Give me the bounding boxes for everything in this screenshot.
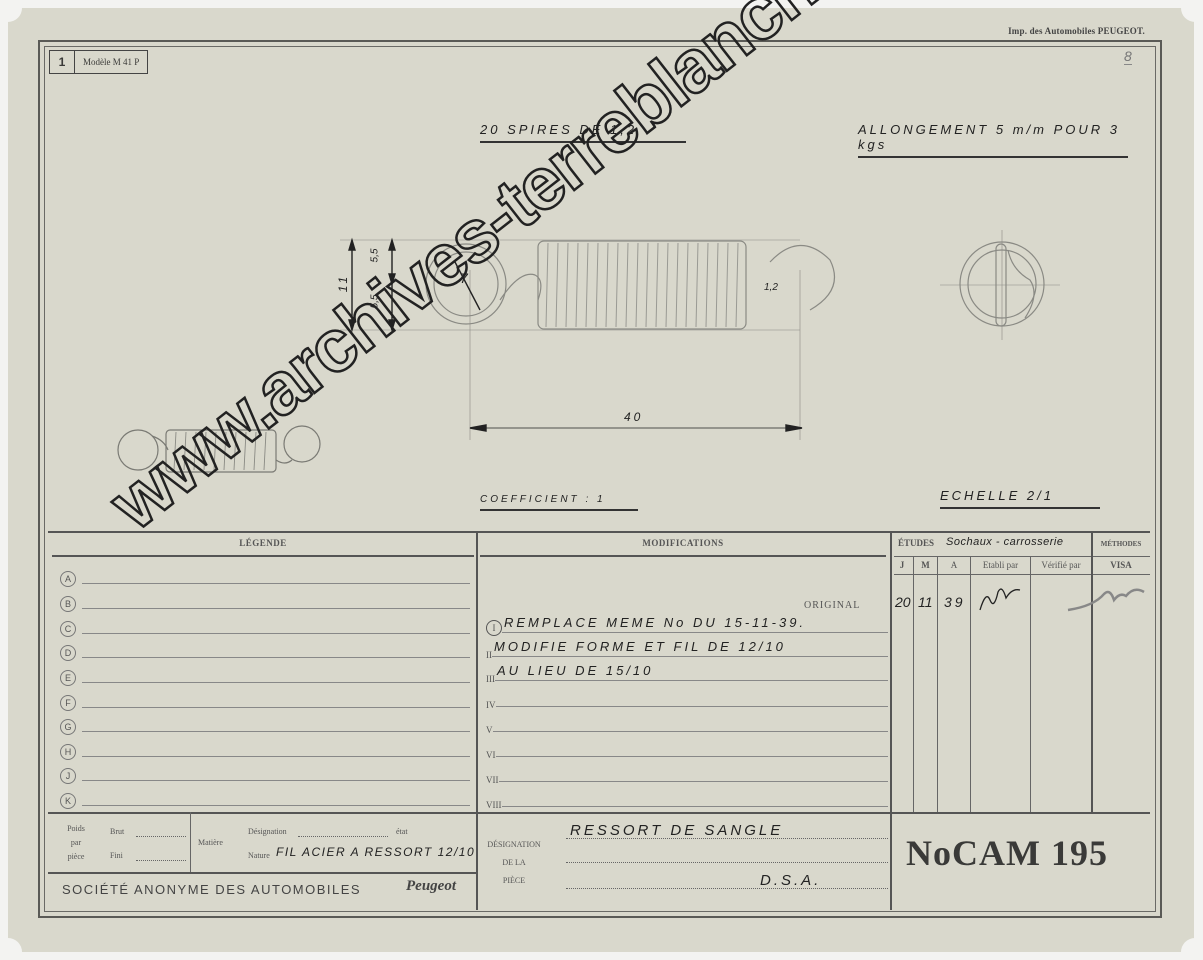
peugeot-logo: Peugeot (406, 878, 456, 895)
modification-text: REMPLACE MEME No DU 15-11-39. (504, 615, 806, 630)
col-verifie: Vérifié par (1031, 560, 1091, 570)
modification-number: VIII (486, 800, 502, 810)
legend-marker: D (60, 645, 76, 661)
modification-number: III (486, 674, 495, 684)
etabli-signature-icon (972, 580, 1032, 616)
legend-row: D (60, 641, 470, 661)
legend-row: J (60, 764, 470, 784)
col-year: A (938, 560, 970, 570)
visa-signature-icon (1064, 580, 1154, 616)
legend-marker: A (60, 571, 76, 587)
designation-line (298, 836, 388, 837)
part-code: D.S.A. (760, 872, 821, 889)
modifications-title: MODIFICATIONS (480, 538, 886, 548)
modification-row: V (486, 713, 888, 735)
legend-marker: F (60, 695, 76, 711)
etat-label: état (396, 827, 408, 836)
legend-row: G (60, 715, 470, 735)
dimension-length: 40 (624, 410, 643, 424)
original-label: ORIGINAL (804, 600, 860, 611)
legend-row: H (60, 740, 470, 760)
coefficient-note: COEFFICIENT : 1 (480, 494, 638, 511)
col-month: M (914, 560, 937, 570)
modification-row: VIII (486, 788, 888, 810)
part-number: NoCAM 195 (906, 832, 1108, 874)
designation-line (566, 862, 888, 863)
legend-row: B (60, 592, 470, 612)
modification-text: MODIFIE FORME ET FIL DE 12/10 (494, 639, 786, 654)
modification-number: VI (486, 750, 496, 760)
legend-marker: G (60, 719, 76, 735)
legend-marker: C (60, 621, 76, 637)
col-divider (190, 812, 191, 872)
designation-label: DÉSIGNATIONDE LAPIÈCE (484, 836, 544, 890)
modification-row: IIMODIFIE FORME ET FIL DE 12/10 (486, 638, 888, 660)
legend-row: C (60, 617, 470, 637)
mod-header-border (480, 555, 886, 557)
date-year: 39 (944, 594, 966, 610)
legend-marker: H (60, 744, 76, 760)
table-top-border (48, 531, 1150, 533)
designation-line (566, 888, 888, 889)
col-divider (890, 531, 892, 910)
legend-marker: E (60, 670, 76, 686)
modification-number: V (486, 725, 493, 735)
modification-row: VII (486, 763, 888, 785)
fini-label: Fini (110, 851, 123, 860)
part-designation: RESSORT DE SANGLE (570, 822, 783, 839)
company-name: SOCIÉTÉ ANONYME DES AUTOMOBILES (62, 882, 361, 897)
fini-line (136, 860, 186, 861)
scale-note: ECHELLE 2/1 (940, 488, 1100, 509)
nature-value: FIL ACIER A RESSORT 12/10 (276, 845, 475, 859)
date-month: 11 (918, 594, 933, 610)
legend-marker: J (60, 768, 76, 784)
modification-row: VI (486, 738, 888, 760)
modification-number: VII (486, 775, 499, 785)
legend-row: A (60, 567, 470, 587)
poids-label: Poidsparpièce (62, 822, 90, 864)
col-day: J (891, 560, 913, 570)
date-day: 20 (895, 594, 911, 610)
lower-section-border (48, 812, 1150, 814)
legend-marker: B (60, 596, 76, 612)
modification-row: IIIAU LIEU DE 15/10 (486, 662, 888, 684)
col-visa: VISA (1092, 560, 1150, 570)
legend-marker: K (60, 793, 76, 809)
col-etabli: Etabli par (971, 560, 1030, 570)
brut-label: Brut (110, 827, 124, 836)
footer-border (48, 872, 476, 874)
methodes-title: MÉTHODES (1092, 540, 1150, 548)
col-divider (1091, 531, 1093, 812)
legend-row: E (60, 666, 470, 686)
dimension-wire: 1,2 (764, 282, 778, 293)
matiere-label: Matière (198, 838, 223, 847)
designation-field-label: Désignation (248, 827, 287, 836)
col-divider (913, 556, 914, 812)
nature-label: Nature (248, 851, 270, 860)
legend-title: LÉGENDE (52, 538, 474, 548)
etudes-department: Sochaux - carrosserie (946, 536, 1064, 548)
etudes-subheader-border (894, 574, 1150, 575)
legend-row: K (60, 789, 470, 809)
legend-header-border (52, 555, 474, 557)
modification-number: IV (486, 700, 496, 710)
etudes-title: ÉTUDES (898, 538, 934, 548)
modification-row: IREMPLACE MEME No DU 15-11-39. (486, 614, 888, 636)
modification-text: AU LIEU DE 15/10 (497, 663, 653, 678)
col-divider (476, 531, 478, 910)
modification-row: IV (486, 688, 888, 710)
col-divider (937, 556, 938, 812)
modification-number: II (486, 650, 492, 660)
etudes-header-border (894, 556, 1150, 557)
modification-number: I (486, 620, 502, 636)
brut-line (136, 836, 186, 837)
legend-row: F (60, 691, 470, 711)
col-divider (970, 556, 971, 812)
